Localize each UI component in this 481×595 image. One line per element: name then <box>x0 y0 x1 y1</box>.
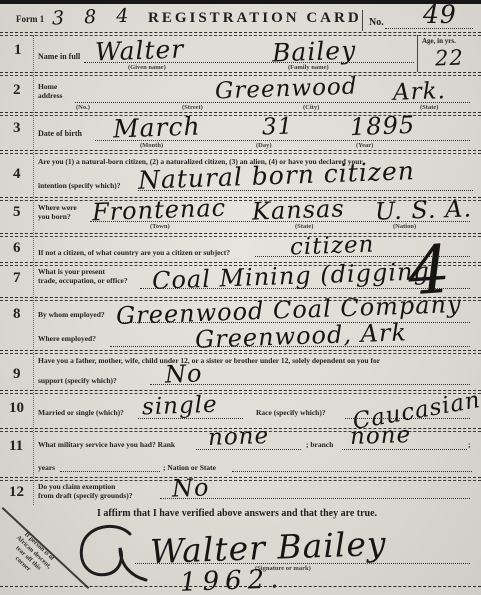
dependents-question-line2: support (specify which)? <box>38 376 117 385</box>
citizen-of-label: If not a citizen, of what country are yo… <box>38 248 230 257</box>
scan-edge-strip <box>0 0 481 4</box>
rule <box>0 477 481 481</box>
trade-label-1: What is your present <box>38 267 105 276</box>
married-label: Married or single (which)? <box>38 408 124 417</box>
registration-card: Form 1 3 8 4 REGISTRATION CARD No. 49 1 … <box>0 0 481 595</box>
rule <box>0 350 481 354</box>
card-no-value: 49 <box>423 0 457 29</box>
tear-off-corner-note: If person is of African descent, tear of… <box>0 520 67 591</box>
exemption-label-2: from draft (specify grounds)? <box>38 491 133 500</box>
birth-town-answer: Frontenac <box>92 194 227 227</box>
employed-where-label: Where employed? <box>38 334 96 343</box>
birth-year-answer: 1895 <box>350 111 416 141</box>
signature-flourish-mark <box>68 524 148 586</box>
exemption-answer: No <box>172 473 210 502</box>
card-no-label: No. <box>369 17 384 28</box>
birthplace-label-1: Where were <box>38 203 77 212</box>
military-branch-label: ; branch <box>306 440 333 449</box>
address-state-answer: Ark. <box>393 78 447 106</box>
employed-where-answer: Greenwood, Ark <box>195 318 408 353</box>
citizen-of-answer: citizen <box>290 232 375 261</box>
address-city-sublabel: (City) <box>303 104 319 111</box>
exemption-label-1: Do you claim exemption <box>38 482 115 491</box>
row-number: 8 <box>13 306 21 323</box>
birth-state-answer: Kansas <box>252 194 346 225</box>
row-number: 9 <box>13 366 21 383</box>
birthplace-label-2: you born? <box>38 212 71 221</box>
signature-year: 1962. <box>180 564 285 595</box>
name-first-answer: Walter <box>95 34 185 66</box>
row-number: 3 <box>13 120 21 137</box>
month-sublabel: (Month) <box>140 142 163 149</box>
address-no-sublabel: (No.) <box>76 104 90 111</box>
number-column-separator <box>33 35 34 505</box>
dotted-line <box>232 471 472 472</box>
state-sublabel: (State) <box>295 223 313 230</box>
birth-nation-answer: U. S. A. <box>375 194 473 225</box>
military-rank-answer: none <box>208 423 270 451</box>
birth-month-answer: March <box>113 111 202 143</box>
address-city-answer: Greenwood <box>215 74 358 105</box>
age-label: Age, in yrs. <box>422 37 456 45</box>
military-branch-answer: none <box>350 422 412 450</box>
race-label: Race (specify which)? <box>256 408 326 417</box>
signature-line <box>135 563 470 564</box>
dotted-line <box>60 471 160 472</box>
name-label: Name in full <box>38 52 80 61</box>
header-divider <box>362 10 363 31</box>
day-sublabel: (Day) <box>256 142 272 149</box>
rule <box>0 150 481 154</box>
rule <box>0 32 481 36</box>
rule <box>0 72 481 76</box>
military-branch-semicolon: ; <box>468 440 471 449</box>
age-value: 22 <box>435 46 465 71</box>
row-number: 12 <box>9 484 24 501</box>
date-of-birth-label: Date of birth <box>38 129 82 138</box>
citizen-question-line2: intention (specify which)? <box>38 181 121 190</box>
trade-label-2: trade, occupation, or office? <box>38 276 128 285</box>
address-street-sublabel: (Street) <box>182 104 203 111</box>
dependents-question-line1: Have you a father, mother, wife, child u… <box>38 356 380 365</box>
row-number: 1 <box>14 42 22 59</box>
row-number: 11 <box>9 438 23 455</box>
row-number: 5 <box>13 204 21 221</box>
affirmation-statement: I affirm that I have verified above answ… <box>97 508 377 519</box>
dependents-answer: No <box>165 359 203 388</box>
birth-day-answer: 31 <box>262 113 294 140</box>
age-box-divider <box>417 35 418 72</box>
rule <box>0 390 481 394</box>
military-rank-label: What military service have you had? Rank <box>38 440 175 449</box>
row-number: 6 <box>13 240 21 257</box>
address-state-sublabel: (State) <box>420 104 438 111</box>
row-number: 7 <box>13 270 21 287</box>
year-sublabel: (Year) <box>356 142 373 149</box>
home-address-label-1: Home <box>38 82 57 91</box>
card-title: REGISTRATION CARD <box>148 10 362 27</box>
married-answer: single <box>142 392 219 421</box>
form-number-handwritten: 3 8 4 <box>52 5 136 30</box>
row-number: 10 <box>9 400 24 417</box>
bottom-rule <box>0 586 481 587</box>
employed-by-label: By whom employed? <box>38 310 105 319</box>
row-number: 4 <box>13 166 21 183</box>
home-address-label-2: address <box>38 91 62 100</box>
name-last-answer: Bailey <box>272 36 357 68</box>
military-nation-label: ; Nation or State <box>163 463 216 472</box>
military-years-label: years <box>38 463 55 472</box>
row-number: 2 <box>13 82 21 99</box>
form-label: Form 1 <box>16 14 44 24</box>
